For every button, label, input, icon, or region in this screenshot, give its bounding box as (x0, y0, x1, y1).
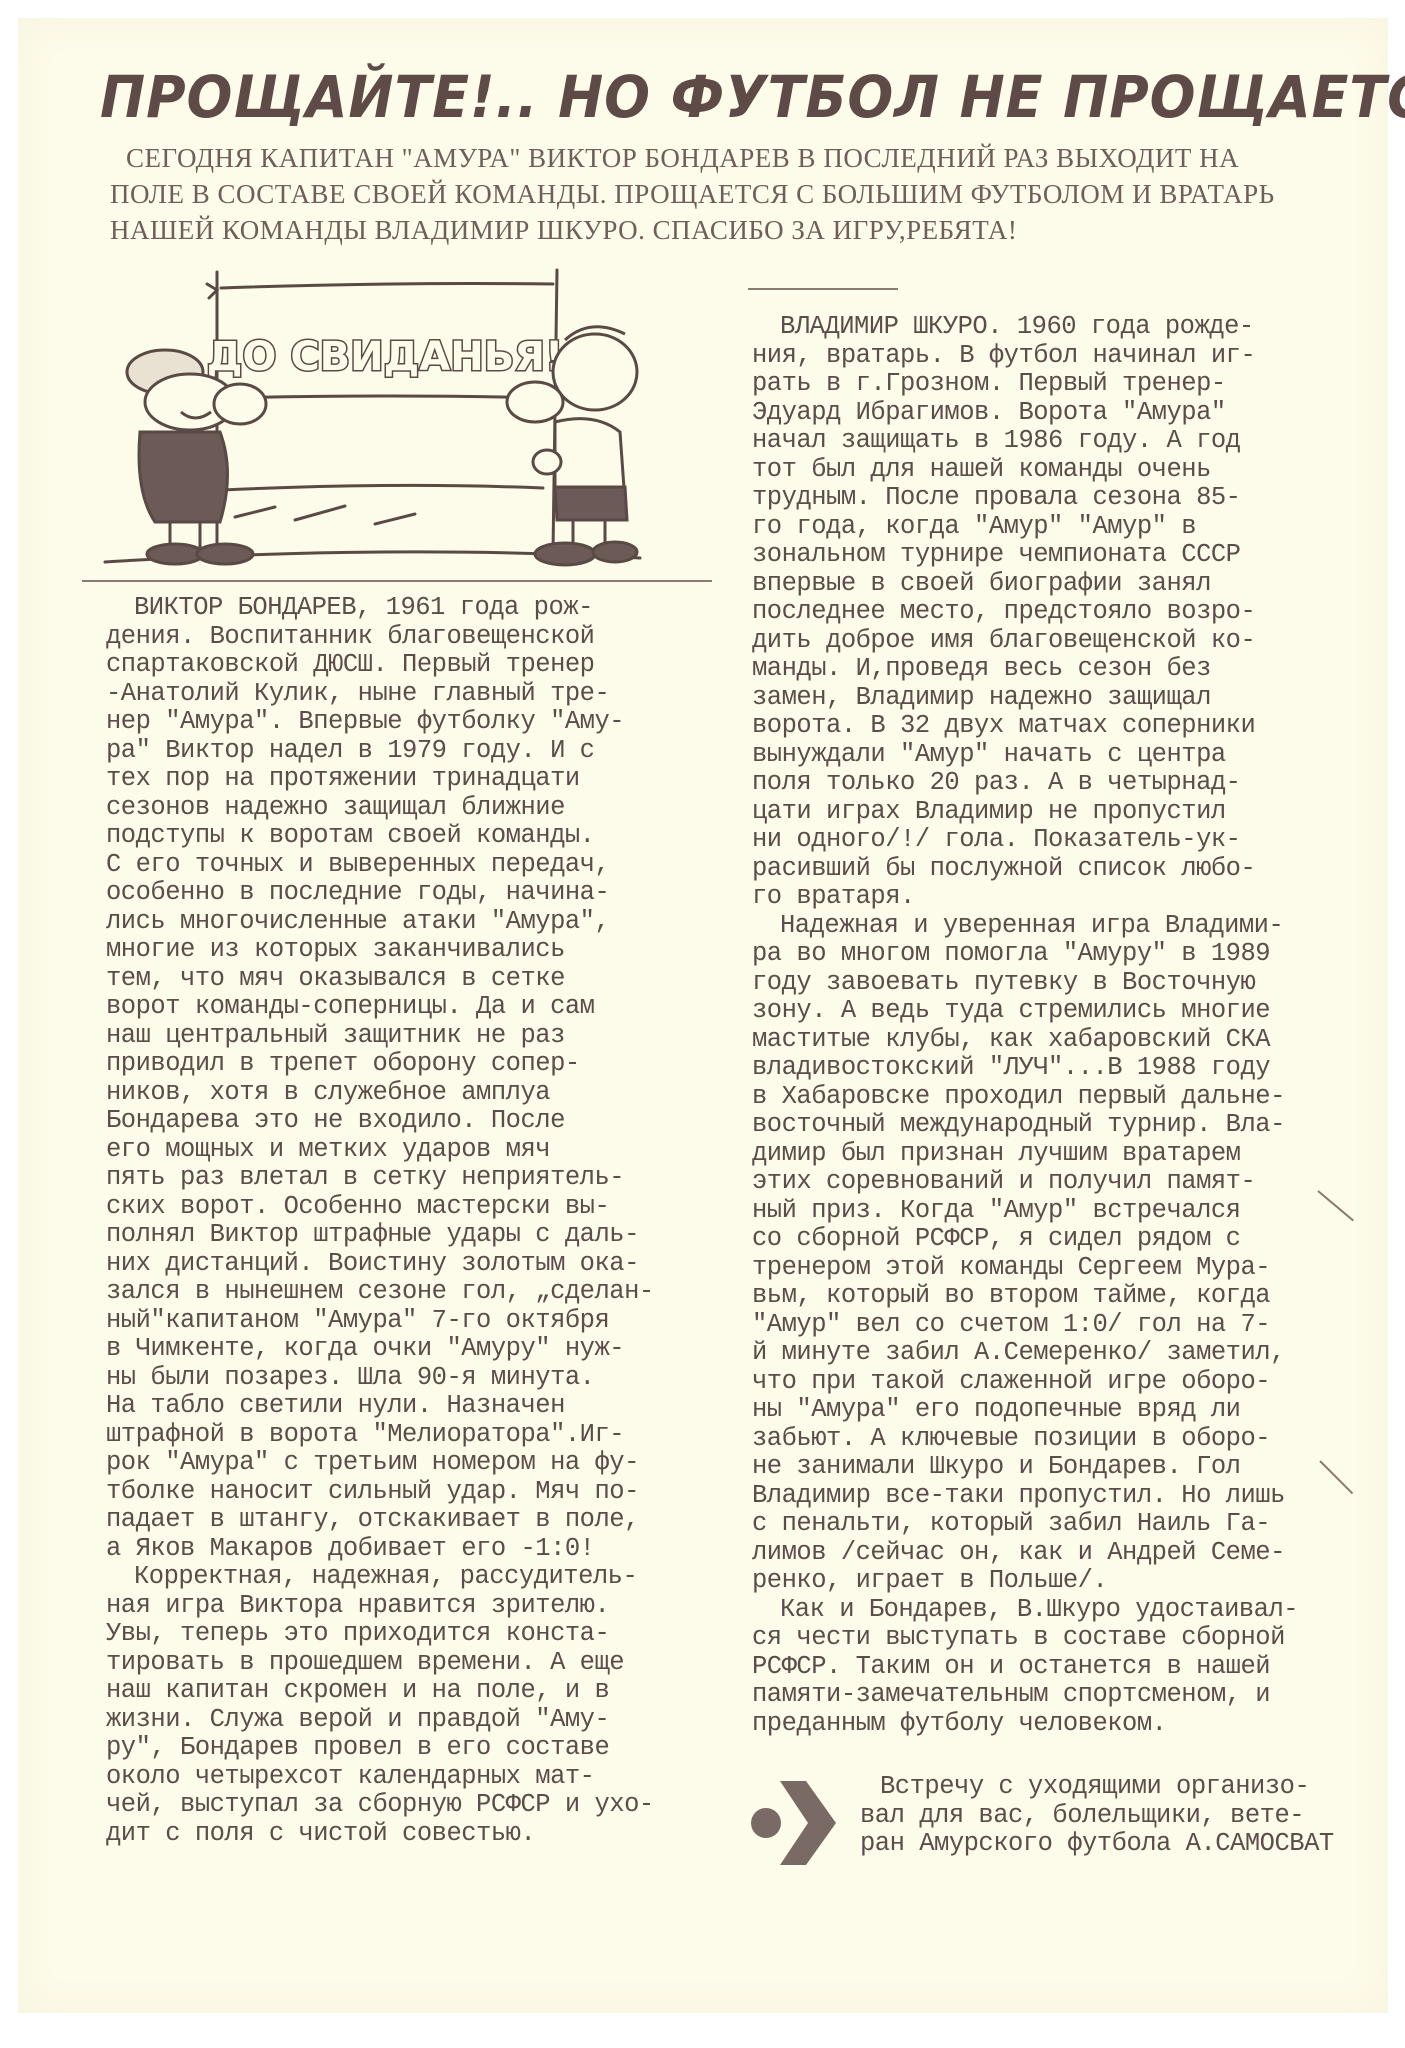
text-line: Владимир все-таки пропустил. Но лишь (752, 1482, 1372, 1511)
text-line: ворота. В 32 двух матчах соперники (752, 712, 1372, 741)
banner-text: ДО СВИДАНЬЯ! (207, 334, 563, 380)
text-line: в Хабаровске проходил первый дальне- (752, 1083, 1372, 1112)
text-line: лись многочисленные атаки "Амура", (106, 908, 706, 937)
text-line: ворот команды-соперницы. Да и сам (106, 993, 706, 1022)
text-line: наш центральный защитник не раз (106, 1022, 706, 1051)
text-line: поля только 20 раз. А в четырнад- (752, 769, 1372, 798)
text-line: тировать в прошедшем времени. А еще (106, 1649, 706, 1678)
text-line: пять раз влетал в сетку неприятель- (106, 1164, 706, 1193)
text-line: ВИКТОР БОНДАРЕВ, 1961 года рож- (106, 594, 706, 623)
text-line: чей, выступал за сборную РСФСР и ухо- (106, 1791, 706, 1820)
text-line: подступы к воротам своей команды. (106, 822, 706, 851)
text-line: Как и Бондарев, В.Шкуро удостаивал- (752, 1596, 1372, 1625)
text-line: лимов /сейчас он, как и Андрей Семе- (752, 1539, 1372, 1568)
right-section-divider (748, 288, 898, 290)
text-line: начал защищать в 1986 году. А год (752, 427, 1372, 456)
text-line: преданным футболу человеком. (752, 1710, 1372, 1739)
text-line: них дистанций. Воистину золотым ока- (106, 1250, 706, 1279)
text-line: ный"капитаном "Амура" 7-го октября (106, 1307, 706, 1336)
text-line: падает в штангу, отскакивает в поле, (106, 1506, 706, 1535)
svg-text:ДО СВИДАНЬЯ!: ДО СВИДАНЬЯ! (207, 334, 563, 380)
text-line: жизни. Служа верой и правдой "Аму- (106, 1706, 706, 1735)
text-line: тот был для нашей команды очень (752, 456, 1372, 485)
text-line: ников, хотя в служебное амплуа (106, 1079, 706, 1108)
text-line: дить доброе имя благовещенской ко- (752, 627, 1372, 656)
text-line: забьют. А ключевые позиции в оборо- (752, 1425, 1372, 1454)
text-line: около четырехсот календарных мат- (106, 1763, 706, 1792)
text-line: его мощных и метких ударов мяч (106, 1136, 706, 1165)
text-line: ния, вратарь. В футбол начинал иг- (752, 342, 1372, 371)
signoff-line: вал для вас, болельщики, вете- (860, 1802, 1334, 1831)
text-line: многие из которых заканчивались (106, 936, 706, 965)
text-line: в Чимкенте, когда очки "Амуру" нуж- (106, 1335, 706, 1364)
text-line: восточный международный турнир. Вла- (752, 1111, 1372, 1140)
text-line: Бондарева это не входило. После (106, 1107, 706, 1136)
text-line: Корректная, надежная, рассудитель- (106, 1563, 706, 1592)
text-line: вынуждали "Амур" начать с центра (752, 741, 1372, 770)
text-line: последнее место, предстояло возро- (752, 598, 1372, 627)
text-line: полнял Виктор штрафные удары с даль- (106, 1221, 706, 1250)
text-line: трудным. После провала сезона 85- (752, 484, 1372, 513)
text-line: владивостокский "ЛУЧ"...В 1988 году (752, 1054, 1372, 1083)
text-line: этих соревнований и получил памят- (752, 1168, 1372, 1197)
text-line: дения. Воспитанник благовещенской (106, 623, 706, 652)
text-line: ный приз. Когда "Амур" встречался (752, 1197, 1372, 1226)
text-line: тех пор на протяжении тринадцати (106, 765, 706, 794)
text-line: вьм, который во втором тайме, когда (752, 1282, 1372, 1311)
text-line: штрафной в ворота "Мелиоратора".Иг- (106, 1421, 706, 1450)
text-line: го вратаря. (752, 883, 1372, 912)
page-headline: ПРОЩАЙТЕ!.. НО ФУТБОЛ НЕ ПРОЩАЕТСЯ С ВАМ… (100, 62, 1235, 132)
text-line: ны "Амура" его подопечные вряд ли (752, 1396, 1372, 1425)
text-line: ся чести выступать в составе сборной (752, 1624, 1372, 1653)
text-line: нер "Амура". Впервые футболку "Аму- (106, 708, 706, 737)
text-line: сезонов надежно защищал ближние (106, 794, 706, 823)
lead-paragraph: СЕГОДНЯ КАПИТАН "АМУРА" ВИКТОР БОНДАРЕВ … (110, 140, 1340, 248)
text-line: памяти-замечательным спортсменом, и (752, 1681, 1372, 1710)
text-line: зональном турнире чемпионата СССР (752, 541, 1372, 570)
text-line: тем, что мяч оказывался в сетке (106, 965, 706, 994)
text-line: С его точных и выверенных передач, (106, 851, 706, 880)
text-line: году завоевать путевку в Восточную (752, 969, 1372, 998)
text-line: ВЛАДИМИР ШКУРО. 1960 года рожде- (752, 313, 1372, 342)
signoff-line: Встречу с уходящими организо- (860, 1773, 1334, 1802)
text-line: ра" Виктор надел в 1979 году. И с (106, 737, 706, 766)
text-line: -Анатолий Кулик, ныне главный тре- (106, 680, 706, 709)
text-line: На табло светили нули. Назначен (106, 1392, 706, 1421)
text-line: й минуте забил А.Семеренко/ заметил, (752, 1339, 1372, 1368)
text-line: особенно в последние годы, начина- (106, 879, 706, 908)
text-line: что при такой слаженной игре оборо- (752, 1368, 1372, 1397)
text-line: "Амур" вел со счетом 1:0/ гол на 7- (752, 1311, 1372, 1340)
lead-line: НАШЕЙ КОМАНДЫ ВЛАДИМИР ШКУРО. СПАСИБО ЗА… (110, 212, 1340, 248)
text-line: тренером этой команды Сергеем Мура- (752, 1254, 1372, 1283)
text-line: спартаковской ДЮСШ. Первый тренер (106, 651, 706, 680)
text-line: зался в нынешнем сезоне гол, „сделан- (106, 1278, 706, 1307)
text-line: рать в г.Грозном. Первый тренер- (752, 370, 1372, 399)
text-line: манды. И,проведя весь сезон без (752, 655, 1372, 684)
lead-line: СЕГОДНЯ КАПИТАН "АМУРА" ВИКТОР БОНДАРЕВ … (110, 140, 1340, 176)
lead-line: ПОЛЕ В СОСТАВЕ СВОЕЙ КОМАНДЫ. ПРОЩАЕТСЯ … (110, 176, 1340, 212)
signoff-block: Встречу с уходящими организо- вал для ва… (740, 1765, 1380, 1885)
text-line: РСФСР. Таким он и останется в нашей (752, 1653, 1372, 1682)
text-line: с пенальти, который забил Наиль Га- (752, 1510, 1372, 1539)
article-bondarev: ВИКТОР БОНДАРЕВ, 1961 года рож- дения. В… (106, 594, 706, 1848)
text-line: не занимали Шкуро и Бондарев. Гол (752, 1453, 1372, 1482)
text-line: ная игра Виктора нравится зрителю. (106, 1592, 706, 1621)
text-line: ни одного/!/ гола. Показатель-ук- (752, 826, 1372, 855)
text-line: ны были позарез. Шла 90-я минута. (106, 1364, 706, 1393)
text-line: Эдуард Ибрагимов. Ворота "Амура" (752, 399, 1372, 428)
text-line: дит с поля с чистой совестью. (106, 1820, 706, 1849)
farewell-cartoon-illustration: ДО СВИДАНЬЯ! (95, 262, 655, 572)
text-line: ру", Бондарев провел в его составе (106, 1734, 706, 1763)
text-line: рок "Амура" с третьим номером на фу- (106, 1449, 706, 1478)
signoff-text: Встречу с уходящими организо- вал для ва… (860, 1773, 1334, 1859)
text-line: цати играх Владимир не пропустил (752, 798, 1372, 827)
text-line: ренко, играет в Польше/. (752, 1567, 1372, 1596)
text-line: а Яков Макаров добивает его -1:0! (106, 1535, 706, 1564)
text-line: маститые клубы, как хабаровский СКА (752, 1026, 1372, 1055)
text-line: го года, когда "Амур" "Амур" в (752, 513, 1372, 542)
text-line: димир был признан лучшим вратарем (752, 1140, 1372, 1169)
text-line: ских ворот. Особенно мастерски вы- (106, 1193, 706, 1222)
text-line: со сборной РСФСР, я сидел рядом с (752, 1225, 1372, 1254)
text-line: Увы, теперь это приходится конста- (106, 1620, 706, 1649)
left-section-divider (82, 580, 712, 582)
text-line: зону. А ведь туда стремились многие (752, 997, 1372, 1026)
signoff-line: ран Амурского футбола А.САМОСВАТ (860, 1830, 1334, 1859)
chevron-emblem-icon (750, 1777, 838, 1869)
text-line: замен, Владимир надежно защищал (752, 684, 1372, 713)
text-line: тболке наносит сильный удар. Мяч по- (106, 1478, 706, 1507)
text-line: Надежная и уверенная игра Владими- (752, 912, 1372, 941)
article-shkuro: ВЛАДИМИР ШКУРО. 1960 года рожде- ния, вр… (752, 313, 1372, 1738)
text-line: впервые в своей биографии занял (752, 570, 1372, 599)
text-line: расивший бы послужной список любо- (752, 855, 1372, 884)
text-line: ра во многом помогла "Амуру" в 1989 (752, 940, 1372, 969)
text-line: приводил в трепет оборону сопер- (106, 1050, 706, 1079)
text-line: наш капитан скромен и на поле, и в (106, 1677, 706, 1706)
